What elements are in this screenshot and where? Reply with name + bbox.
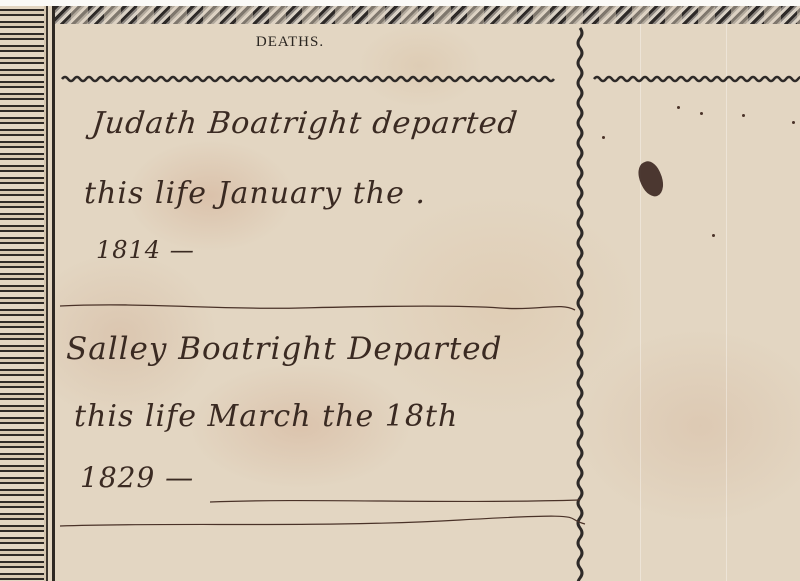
ink-blot [633, 158, 668, 200]
left-border-rule [52, 6, 55, 581]
entry-line: this life March the 18th [74, 399, 458, 434]
top-decorative-border [55, 6, 800, 24]
document-page: DEATHS. Judath Boatright departed this l… [0, 6, 800, 581]
ink-speck [792, 121, 795, 124]
entry-line: this life January the . [84, 176, 426, 211]
ink-speck [742, 114, 745, 117]
entry-line: Judath Boatright departed [90, 106, 520, 141]
entry-separator [60, 302, 580, 314]
entry-separator [60, 496, 590, 536]
entry-line: Salley Boatright Departed [66, 331, 503, 367]
ink-speck [677, 106, 680, 109]
section-heading: DEATHS. [0, 34, 580, 51]
left-decorative-border [0, 6, 46, 581]
left-border-rule [46, 6, 48, 581]
entry-line: 1829 — [80, 461, 194, 494]
ink-speck [712, 234, 715, 237]
header-rule-right [594, 74, 800, 84]
entry-line: 1814 — [96, 236, 195, 264]
paper-fold-line [640, 12, 641, 581]
header-rule-left [62, 74, 572, 84]
paper-fold-line [726, 12, 727, 581]
ink-speck [602, 136, 605, 139]
ink-speck [700, 112, 703, 115]
